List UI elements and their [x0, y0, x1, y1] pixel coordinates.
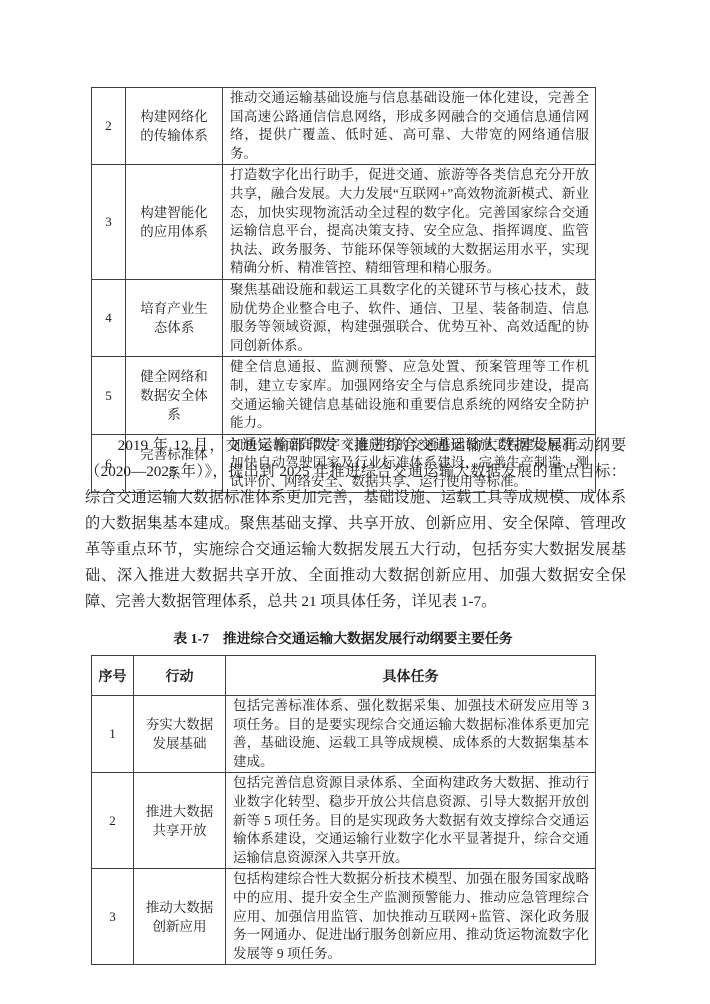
table-row: 2 构建网络化的传输体系 推动交通运输基础设施与信息基础设施一体化建设，完善全国…: [92, 88, 596, 165]
row-number-cell: 4: [92, 279, 126, 356]
row-number-cell: 2: [92, 88, 126, 165]
row-number-cell: 3: [92, 869, 134, 965]
table-row: 4 培育产业生态体系 聚焦基础设施和载运工具数字化的关键环节与核心技术，鼓励优势…: [92, 279, 596, 356]
action-cell: 构建智能化的应用体系: [126, 165, 223, 280]
detail-cell: 打造数字化出行助手，促进交通、旅游等各类信息充分开放共享，融合发展。大力发展“互…: [223, 165, 596, 280]
action-cell: 推进大数据共享开放: [134, 773, 226, 869]
action-cell: 健全网络和数据安全体系: [126, 357, 223, 434]
table-header-row: 序号 行动 具体任务: [92, 656, 596, 696]
header-cell-task: 具体任务: [226, 656, 596, 696]
action-cell: 推动大数据创新应用: [134, 869, 226, 965]
table-row: 5 健全网络和数据安全体系 健全信息通报、监测预警、应急处置、预案管理等工作机制…: [92, 357, 596, 434]
detail-cell: 包括完善信息资源目录体系、全面构建政务大数据、推动行业数字化转型、稳步开放公共信…: [226, 773, 596, 869]
tasks-table: 序号 行动 具体任务 1 夯实大数据发展基础 包括完善标准体系、强化数据采集、加…: [91, 655, 596, 965]
table-row: 1 夯实大数据发展基础 包括完善标准体系、强化数据采集、加强技术研发应用等 3 …: [92, 696, 596, 773]
row-number-cell: 3: [92, 165, 126, 280]
detail-cell: 聚焦基础设施和载运工具数字化的关键环节与核心技术，鼓励优势企业整合电子、软件、通…: [223, 279, 596, 356]
row-number-cell: 2: [92, 773, 134, 869]
table-caption: 表 1-7 推进综合交通运输大数据发展行动纲要主要任务: [91, 628, 595, 650]
row-number-cell: 5: [92, 357, 126, 434]
body-paragraph: 2019 年 12 月，交通运输部印发《推进综合交通运输大数据发展行动纲要（20…: [85, 433, 626, 615]
table-row: 3 构建智能化的应用体系 打造数字化出行助手，促进交通、旅游等各类信息充分开放共…: [92, 165, 596, 280]
document-page: 2 构建网络化的传输体系 推动交通运输基础设施与信息基础设施一体化建设，完善全国…: [0, 0, 710, 1004]
detail-cell: 包括完善标准体系、强化数据采集、加强技术研发应用等 3 项任务。目的是要实现综合…: [226, 696, 596, 773]
row-number-cell: 1: [92, 696, 134, 773]
page-number: 10: [0, 929, 710, 944]
header-cell-number: 序号: [92, 656, 134, 696]
table-row: 2 推进大数据共享开放 包括完善信息资源目录体系、全面构建政务大数据、推动行业数…: [92, 773, 596, 869]
detail-cell: 包括构建综合性大数据分析技术模型、加强在服务国家战略中的应用、提升安全生产监测预…: [226, 869, 596, 965]
action-cell: 构建网络化的传输体系: [126, 88, 223, 165]
header-cell-action: 行动: [134, 656, 226, 696]
action-cell: 夯实大数据发展基础: [134, 696, 226, 773]
detail-cell: 推动交通运输基础设施与信息基础设施一体化建设，完善全国高速公路通信信息网络，形成…: [223, 88, 596, 165]
table-row: 3 推动大数据创新应用 包括构建综合性大数据分析技术模型、加强在服务国家战略中的…: [92, 869, 596, 965]
action-cell: 培育产业生态体系: [126, 279, 223, 356]
detail-cell: 健全信息通报、监测预警、应急处置、预案管理等工作机制，建立专家库。加强网络安全与…: [223, 357, 596, 434]
